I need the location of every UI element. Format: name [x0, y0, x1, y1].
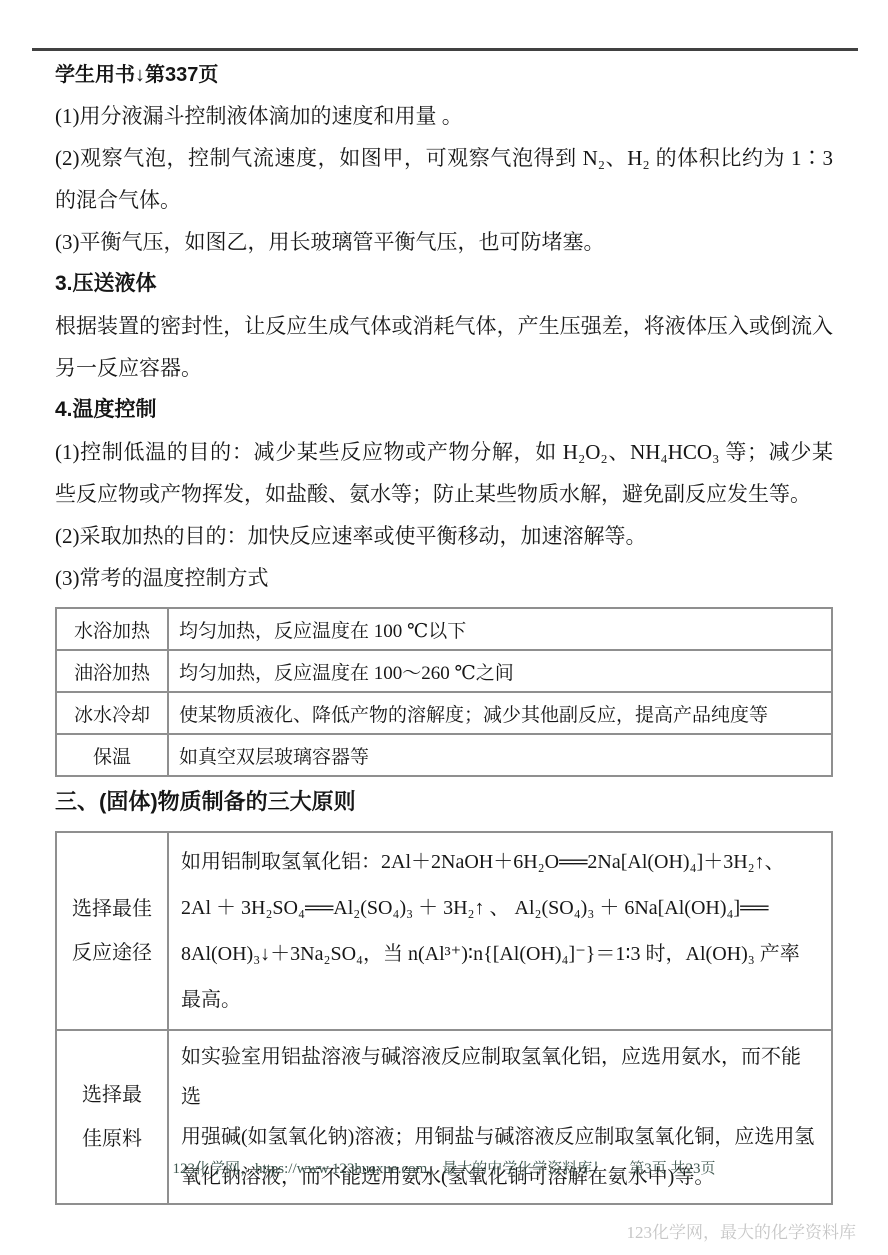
- paragraph-7: (3)常考的温度控制方式: [55, 557, 833, 599]
- content-line: 如实验室用铝盐溶液与碱溶液反应制取氢氧化铝，应选用氨水，而不能选: [181, 1037, 819, 1117]
- content-line: 用强碱(如氢氧化钠)溶液；用铜盐与碱溶液反应制取氢氧化铜，应选用氢: [181, 1117, 819, 1157]
- label-line: 选择最佳: [61, 887, 163, 931]
- paragraph-1: (1)用分液漏斗控制液体滴加的速度和用量 。: [55, 95, 833, 137]
- content-line: 最高。: [181, 977, 819, 1023]
- intro-text: 如用铝制取氢氧化铝：: [181, 851, 381, 873]
- description-cell: 均匀加热，反应温度在 100 ℃以下: [168, 608, 832, 650]
- paragraph-3: (3)平衡气压，如图乙，用长玻璃管平衡气压，也可防堵塞。: [55, 221, 833, 263]
- label-line: 佳原料: [61, 1117, 163, 1161]
- table-row: 水浴加热 均匀加热，反应温度在 100 ℃以下: [56, 608, 832, 650]
- table-row: 选择最佳 反应途径 如用铝制取氢氧化铝：2Al＋2NaOH＋6H₂O══2Na[…: [56, 832, 832, 1030]
- paragraph-2: (2)观察气泡，控制气流速度，如图甲，可观察气泡得到 N₂、H₂ 的体积比约为 …: [55, 137, 833, 221]
- watermark-text: 123化学网，最大的化学资料库: [627, 1218, 857, 1243]
- method-cell: 保温: [56, 734, 168, 776]
- heading-4-temperature-control: 4.温度控制: [55, 389, 833, 431]
- content-line: 如用铝制取氢氧化铝：2Al＋2NaOH＋6H₂O══2Na[Al(OH)₄]＋3…: [181, 839, 819, 885]
- principle-label-cell: 选择最佳 反应途径: [56, 832, 168, 1030]
- footer-page-number: 第3页 共23页: [629, 1161, 715, 1177]
- table-row: 保温 如真空双层玻璃容器等: [56, 734, 832, 776]
- method-cell: 油浴加热: [56, 650, 168, 692]
- header-rule: [32, 48, 858, 51]
- paragraph-4: 根据装置的密封性，让反应生成气体或消耗气体，产生压强差，将液体压入或倒流入另一反…: [55, 305, 833, 389]
- principle-content-cell: 如用铝制取氢氧化铝：2Al＋2NaOH＋6H₂O══2Na[Al(OH)₄]＋3…: [168, 832, 832, 1030]
- method-cell: 水浴加热: [56, 608, 168, 650]
- equation-line: 8Al(OH)₃↓＋3Na₂SO₄，当 n(Al³⁺)∶n{[Al(OH)₄]⁻…: [181, 931, 819, 977]
- section-three-heading: 三、(固体)物质制备的三大原则: [55, 779, 833, 825]
- heading-3-pressure-transfer: 3.压送液体: [55, 263, 833, 305]
- description-cell: 均匀加热，反应温度在 100～260 ℃之间: [168, 650, 832, 692]
- paragraph-5: (1)控制低温的目的：减少某些反应物或产物分解，如 H₂O₂、NH₄HCO₃ 等…: [55, 431, 833, 515]
- footer-site-text: 123化学网，https://www.123huaxue.com，最大的中学化学…: [172, 1161, 607, 1177]
- preparation-principles-table: 选择最佳 反应途径 如用铝制取氢氧化铝：2Al＋2NaOH＋6H₂O══2Na[…: [55, 831, 833, 1205]
- page-footer: 123化学网，https://www.123huaxue.com，最大的中学化学…: [0, 1157, 888, 1178]
- equation-text: 2Al＋2NaOH＋6H₂O══2Na[Al(OH)₄]＋3H₂↑、: [381, 851, 785, 873]
- table-row: 冰水冷却 使某物质液化、降低产物的溶解度；减少其他副反应，提高产品纯度等: [56, 692, 832, 734]
- page-content: 学生用书↓第337页 (1)用分液漏斗控制液体滴加的速度和用量 。 (2)观察气…: [55, 55, 833, 1205]
- page-header: 学生用书↓第337页: [55, 55, 833, 95]
- equation-line: 2Al ＋ 3H₂SO₄══Al₂(SO₄)₃ ＋ 3H₂↑ 、 Al₂(SO₄…: [181, 885, 819, 931]
- table-row: 油浴加热 均匀加热，反应温度在 100～260 ℃之间: [56, 650, 832, 692]
- paragraph-6: (2)采取加热的目的：加快反应速率或使平衡移动，加速溶解等。: [55, 515, 833, 557]
- label-line: 选择最: [61, 1073, 163, 1117]
- document-page: 学生用书↓第337页 (1)用分液漏斗控制液体滴加的速度和用量 。 (2)观察气…: [0, 0, 888, 1255]
- temperature-control-table: 水浴加热 均匀加热，反应温度在 100 ℃以下 油浴加热 均匀加热，反应温度在 …: [55, 607, 833, 777]
- method-cell: 冰水冷却: [56, 692, 168, 734]
- description-cell: 使某物质液化、降低产物的溶解度；减少其他副反应，提高产品纯度等: [168, 692, 832, 734]
- description-cell: 如真空双层玻璃容器等: [168, 734, 832, 776]
- label-line: 反应途径: [61, 931, 163, 975]
